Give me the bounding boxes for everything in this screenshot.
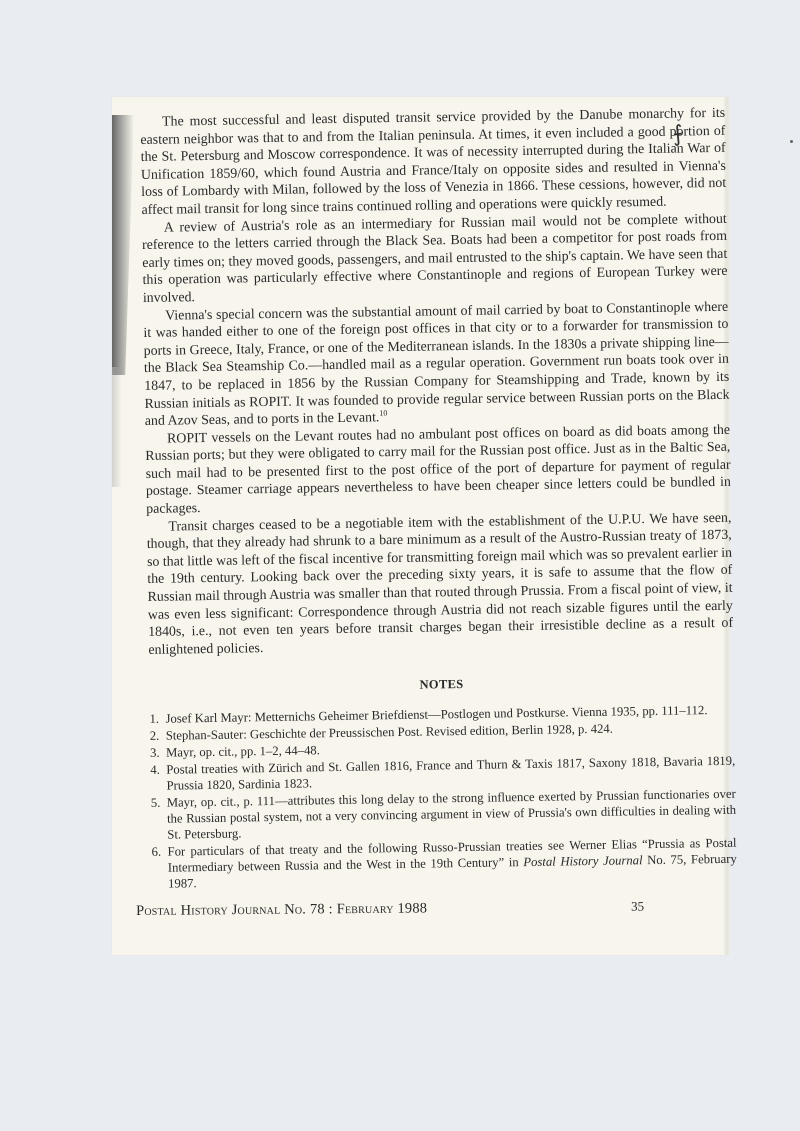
footer-journal-title: Postal History Journal No. 78 : February… xyxy=(136,900,427,920)
footnote-reference[interactable]: 10 xyxy=(379,409,387,418)
paragraph-3-text: Vienna's special concern was the substan… xyxy=(143,299,729,429)
scan-shadow xyxy=(112,115,134,375)
note-text: Mayr, op. cit., pp. 1–2, 44–48. xyxy=(166,743,320,759)
note-text: Mayr, op. cit., p. 111—attributes this l… xyxy=(167,787,736,842)
notes-heading: NOTES xyxy=(149,672,734,699)
page-number: 35 xyxy=(631,899,644,916)
note-journal-title: Postal History Journal xyxy=(523,853,642,869)
paragraph-1: The most successful and least disputed t… xyxy=(140,105,727,220)
note-number: 4. xyxy=(150,762,160,778)
note-item: 5. Mayr, op. cit., p. 111—attributes thi… xyxy=(151,786,737,843)
scan-shadow-lower xyxy=(112,367,122,487)
notes-list: 1. Josef Karl Mayr: Metternichs Geheimer… xyxy=(149,702,737,892)
note-item: 6. For particulars of that treaty and th… xyxy=(151,835,737,892)
paragraph-3: Vienna's special concern was the substan… xyxy=(143,298,730,430)
note-number: 1. xyxy=(149,711,159,727)
note-number: 6. xyxy=(151,844,161,860)
note-number: 2. xyxy=(150,728,160,744)
article-body: The most successful and least disputed t… xyxy=(140,105,737,893)
paragraph-2: A review of Austria's role as an interme… xyxy=(142,210,728,307)
note-number: 5. xyxy=(151,795,161,811)
note-number: 3. xyxy=(150,745,160,761)
paragraph-4: ROPIT vessels on the Levant routes had n… xyxy=(145,421,731,518)
paragraph-5: Transit charges ceased to be a negotiabl… xyxy=(146,509,733,659)
scan-speck xyxy=(790,140,793,143)
